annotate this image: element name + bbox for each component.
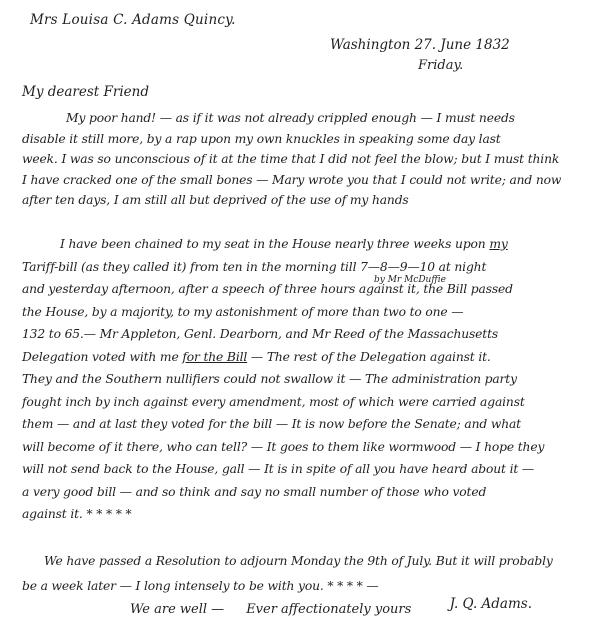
letter-line: them — and at last they voted for the bi… xyxy=(22,413,588,436)
salutation: My dearest Friend xyxy=(22,84,149,100)
paragraph-2: I have been chained to my seat in the Ho… xyxy=(22,233,588,526)
letter-line: Delegation voted with me for the Bill — … xyxy=(22,346,588,369)
letter-line: disable it still more, by a rap upon my … xyxy=(22,129,588,150)
paragraph-1: My poor hand! — as if it was not already… xyxy=(22,108,588,211)
letter-line: My poor hand! — as if it was not already… xyxy=(22,108,588,129)
letter-line: We have passed a Resolution to adjourn M… xyxy=(22,549,588,574)
letter-line: They and the Southern nullifiers could n… xyxy=(22,368,588,391)
underlined-word: my xyxy=(489,237,507,251)
paragraph-3: We have passed a Resolution to adjourn M… xyxy=(22,549,588,599)
letter-line: the House, by a majority, to my astonish… xyxy=(22,301,588,324)
day-line: Friday. xyxy=(418,58,463,73)
letter-line: after ten days, I am still all but depri… xyxy=(22,190,588,211)
letter-text: — The rest of the Delegation against it. xyxy=(247,350,491,364)
underlined-phrase: for the Bill xyxy=(182,350,247,364)
letter-line: and yesterday afternoon, after a speech … xyxy=(22,278,588,301)
letter-line: a very good bill — and so think and say … xyxy=(22,481,588,504)
letter-text: Delegation voted with me xyxy=(22,350,182,364)
valediction: Ever affectionately yours xyxy=(246,602,411,617)
letter-line: Tariff-bill (as they called it) from ten… xyxy=(22,256,588,279)
letter-line: 132 to 65.— Mr Appleton, Genl. Dearborn,… xyxy=(22,323,588,346)
interlineation-note: by Mr McDuffie xyxy=(374,269,446,292)
signature: J. Q. Adams. xyxy=(450,596,532,612)
letter-line: fought inch by inch against every amendm… xyxy=(22,391,588,414)
addressee-line: Mrs Louisa C. Adams Quincy. xyxy=(30,12,236,28)
letter-line: I have cracked one of the small bones — … xyxy=(22,170,588,191)
letter-text: I have been chained to my seat in the Ho… xyxy=(60,237,489,251)
letter-page: Mrs Louisa C. Adams Quincy. Washington 2… xyxy=(0,0,600,635)
letter-line: week. I was so unconscious of it at the … xyxy=(22,149,588,170)
letter-line: will become of it there, who can tell? —… xyxy=(22,436,588,459)
place-date-line: Washington 27. June 1832 xyxy=(330,37,510,53)
closing-phrase: We are well — xyxy=(130,602,224,617)
letter-line: against it. * * * * * xyxy=(22,503,588,526)
letter-line: will not send back to the House, gall — … xyxy=(22,458,588,481)
closing-line: We are well — Ever affectionately yours … xyxy=(22,601,584,617)
letter-line: I have been chained to my seat in the Ho… xyxy=(22,233,588,256)
